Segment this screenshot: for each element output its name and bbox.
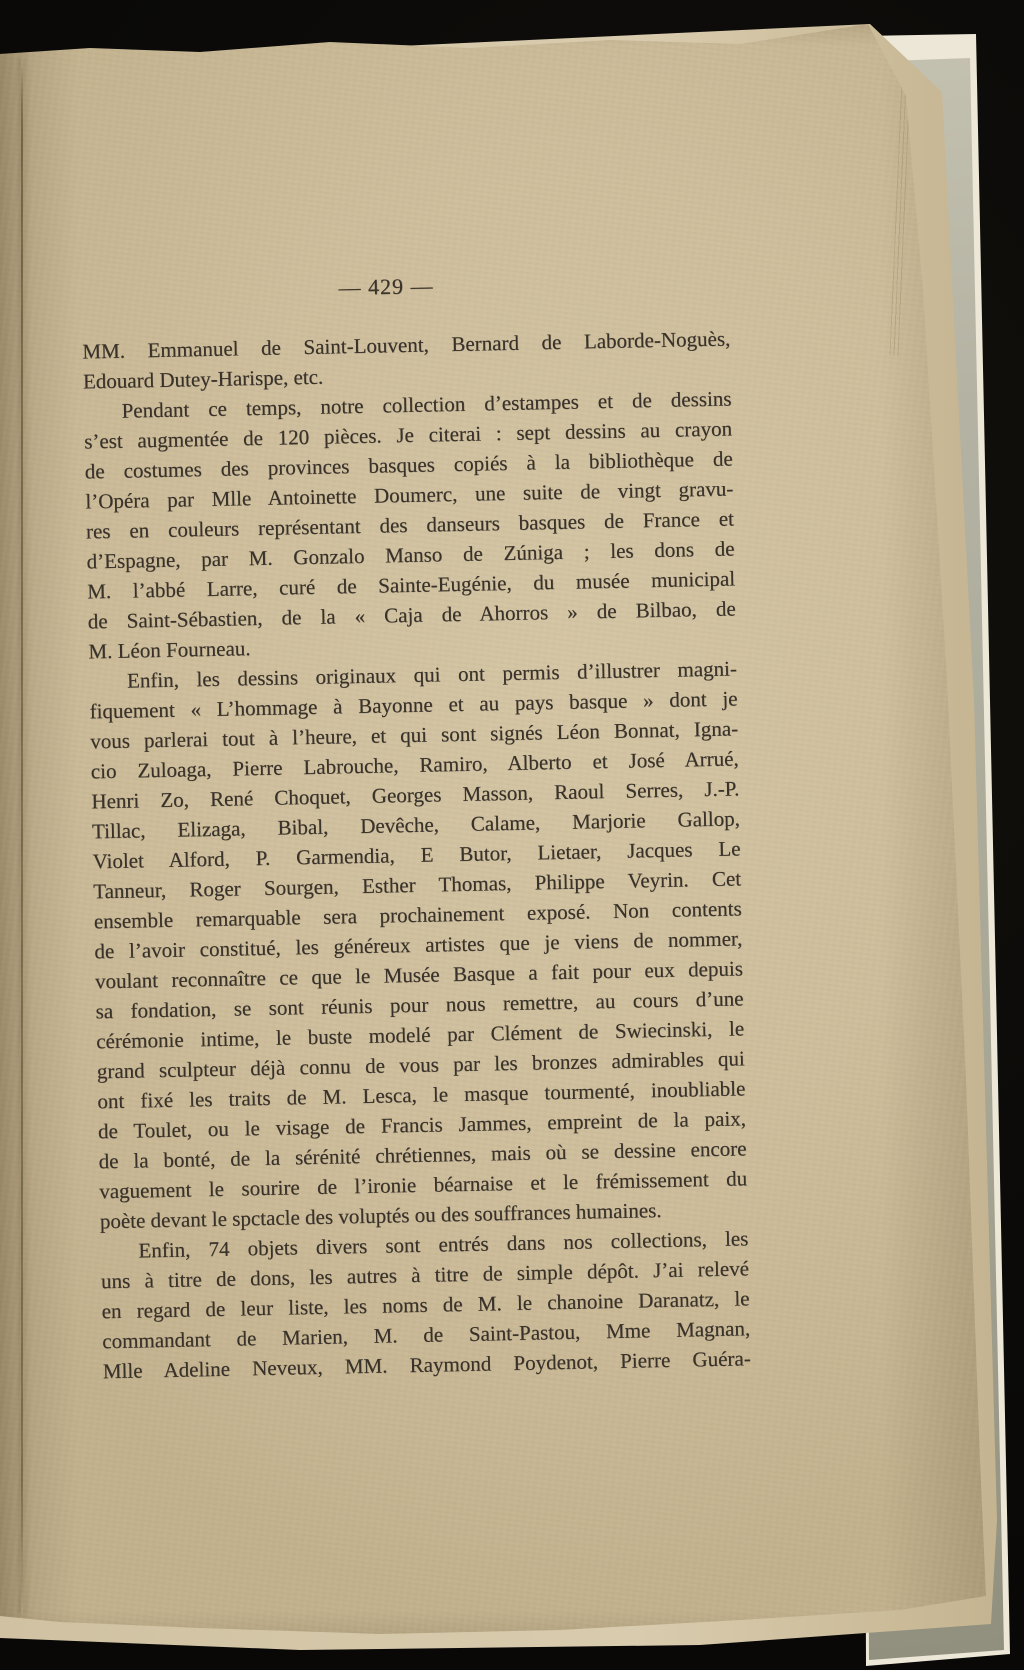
gutter-crease: [21, 58, 23, 1614]
page-text: MM. Emmanuel de Saint-Louvent, Bernard d…: [82, 323, 751, 1386]
paragraph: Pendant ce temps, notre collection d’est…: [83, 383, 736, 666]
paragraph: Enfin, les dessins originaux qui ont per…: [89, 653, 748, 1236]
scanned-book-photo: — 429 — MM. Emmanuel de Saint-Louvent, B…: [0, 0, 1024, 1670]
paragraph: Enfin, 74 objets divers sont entrés dans…: [100, 1223, 751, 1386]
